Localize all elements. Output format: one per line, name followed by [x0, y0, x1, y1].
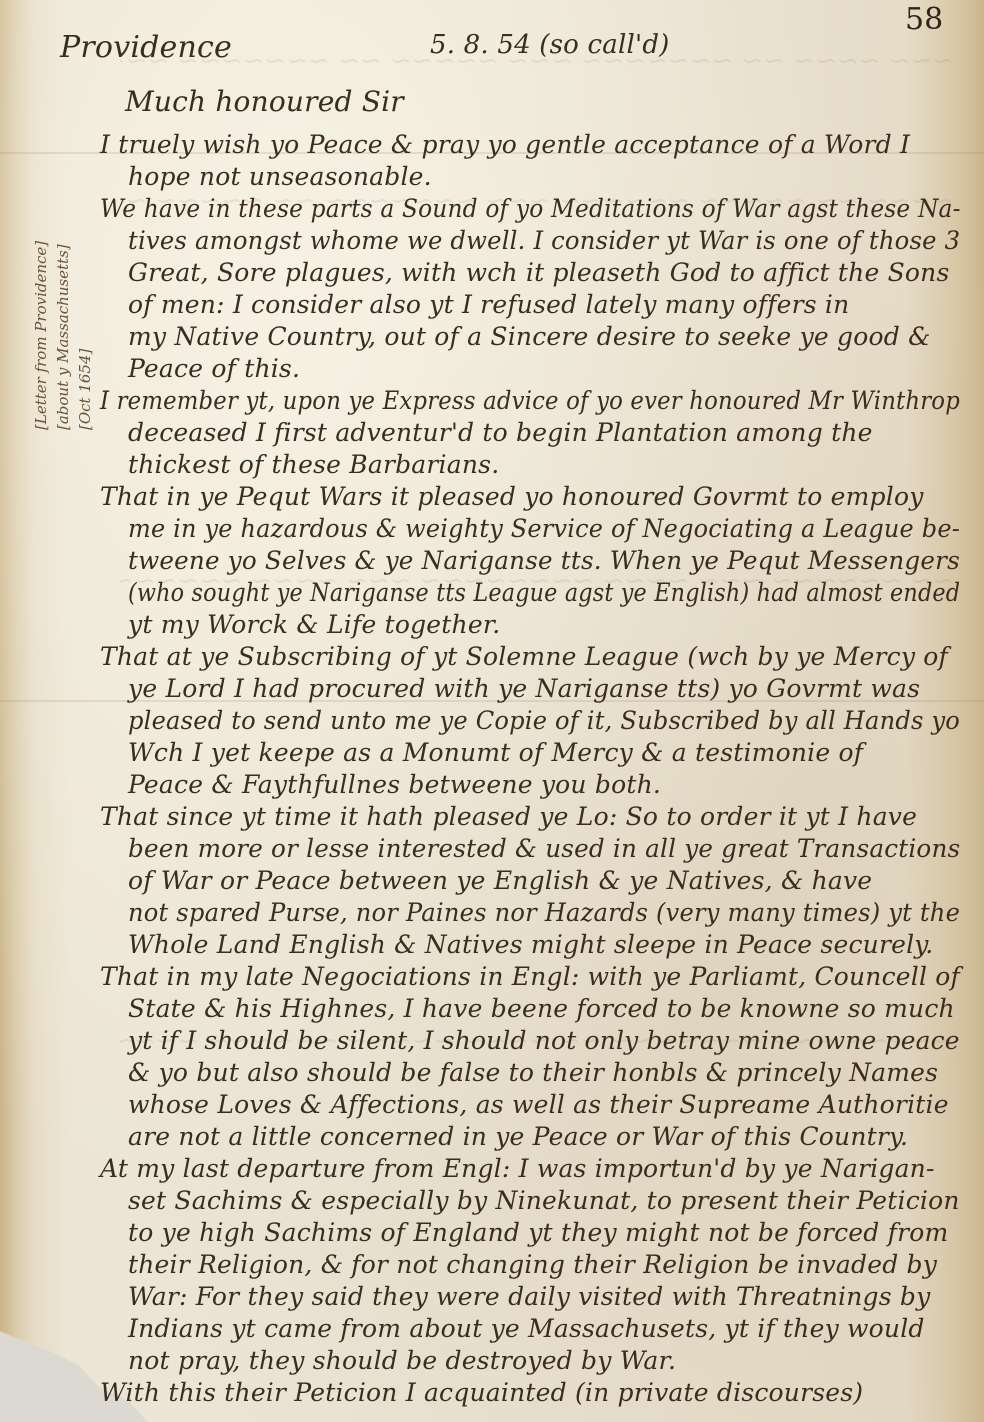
letter-line: to ye high Sachims of England yt they mi…	[128, 1218, 948, 1247]
margin-annotation-line: [Letter from Providence]	[30, 241, 52, 430]
letter-line: not pray, they should be destroyed by Wa…	[128, 1346, 676, 1375]
letter-line: Great, Sore plagues, with wch it pleaset…	[128, 258, 950, 287]
letter-salutation: Much honoured Sir	[125, 85, 404, 118]
letter-line: me in ye hazardous & weighty Service of …	[128, 514, 960, 543]
letter-line: Peace of this.	[128, 354, 300, 383]
letter-place: Providence	[60, 30, 232, 65]
letter-line: ye Lord I had procured with ye Nariganse…	[128, 674, 920, 703]
letter-line: pleased to send unto me ye Copie of it, …	[128, 706, 960, 735]
letter-line: been more or lesse interested & used in …	[128, 834, 960, 863]
letter-line: That at ye Subscribing of yt Solemne Lea…	[100, 642, 948, 671]
letter-line: Peace & Faythfullnes betweene you both.	[128, 770, 661, 799]
margin-annotation: [Letter from Providence] [about y Massac…	[30, 241, 96, 430]
letter-line: thickest of these Barbarians.	[128, 450, 499, 479]
letter-line: Indians yt came from about ye Massachuse…	[128, 1314, 925, 1343]
letter-line: of War or Peace between ye English & ye …	[128, 866, 872, 895]
letter-line: Whole Land English & Natives might sleep…	[128, 930, 933, 959]
letter-line: That in my late Negociations in Engl: wi…	[100, 962, 960, 991]
folio-number: 58	[905, 2, 943, 37]
letter-line: That in ye Pequt Wars it pleased yo hono…	[100, 482, 924, 511]
letter-line: set Sachims & especially by Ninekunat, t…	[128, 1186, 960, 1215]
letter-date: 5. 8. 54 (so call'd)	[430, 30, 670, 60]
letter-line: are not a little concerned in ye Peace o…	[128, 1122, 908, 1151]
letter-line: & yo but also should be false to their h…	[128, 1058, 938, 1087]
letter-line: With this their Peticion I acquainted (i…	[100, 1378, 863, 1407]
letter-line: whose Loves & Affections, as well as the…	[128, 1090, 949, 1119]
letter-line: tweene yo Selves & ye Nariganse tts. Whe…	[128, 546, 960, 575]
letter-line: Wch I yet keepe as a Monumt of Mercy & a…	[128, 738, 863, 767]
margin-annotation-line: [Oct 1654]	[74, 241, 96, 430]
letter-line: yt if I should be silent, I should not o…	[128, 1026, 960, 1055]
letter-line: War: For they said they were daily visit…	[128, 1282, 930, 1311]
letter-line: (who sought ye Nariganse tts League agst…	[128, 578, 960, 607]
letter-line: yt my Worck & Life together.	[128, 610, 500, 639]
letter-line: I remember yt, upon ye Express advice of…	[100, 386, 960, 415]
letter-line: tives amongst whome we dwell. I consider…	[128, 226, 960, 255]
letter-line: At my last departure from Engl: I was im…	[100, 1154, 935, 1183]
letter-line: of men: I consider also yt I refused lat…	[128, 290, 849, 319]
letter-line: their Religion, & for not changing their…	[128, 1250, 937, 1279]
letter-line: not spared Purse, nor Paines nor Hazards…	[128, 898, 960, 927]
letter-line: We have in these parts a Sound of yo Med…	[100, 194, 961, 223]
letter-line: deceased I first adventur'd to begin Pla…	[128, 418, 873, 447]
letter-line: State & his Highnes, I have beene forced…	[128, 994, 955, 1023]
letter-line: my Native Country, out of a Sincere desi…	[128, 322, 931, 351]
margin-annotation-line: [about y Massachusetts]	[52, 241, 74, 430]
letter-line: I truely wish yo Peace & pray yo gentle …	[100, 130, 910, 159]
letter-line: That since yt time it hath pleased ye Lo…	[100, 802, 917, 831]
letter-line: hope not unseasonable.	[128, 162, 432, 191]
